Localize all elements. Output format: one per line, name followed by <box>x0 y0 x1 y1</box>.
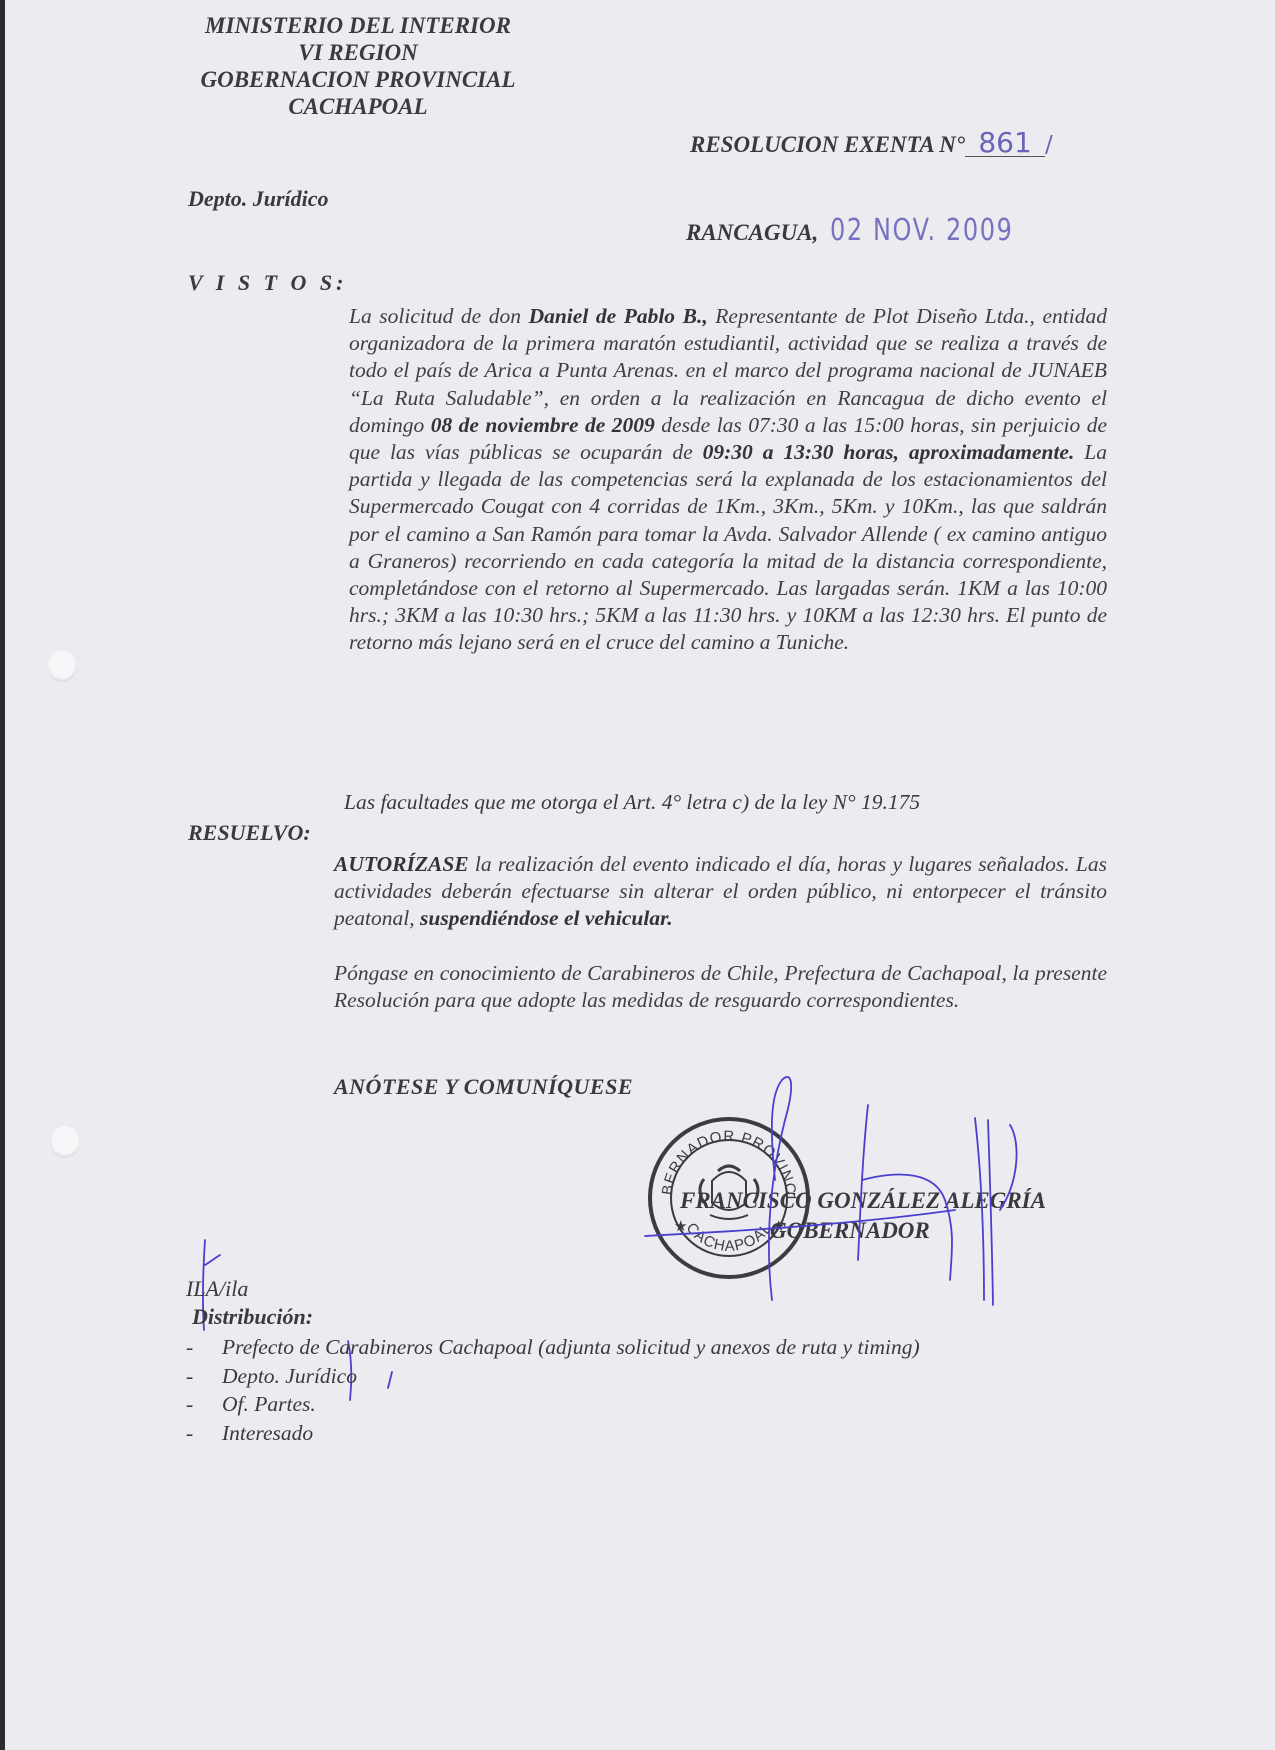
distribution-list: -Prefecto de Carabineros Cachapoal (adju… <box>186 1333 920 1447</box>
resolution-label: RESOLUCION EXENTA N° <box>690 132 965 157</box>
scan-edge <box>0 0 5 1750</box>
distribution-item: -Prefecto de Carabineros Cachapoal (adju… <box>186 1333 920 1362</box>
letterhead: MINISTERIO DEL INTERIOR VI REGION GOBERN… <box>188 12 528 120</box>
vistos-paragraph: La solicitud de don Daniel de Pablo B., … <box>349 303 1107 657</box>
letterhead-line: MINISTERIO DEL INTERIOR <box>188 12 528 39</box>
handwritten-number: 861 <box>965 130 1045 157</box>
letterhead-line: GOBERNACION PROVINCIAL <box>188 66 528 93</box>
legal-basis: Las facultades que me otorga el Art. 4° … <box>344 790 920 815</box>
city-label: RANCAGUA, <box>686 220 818 245</box>
initials: ILA/ila <box>186 1276 248 1302</box>
date-stamp: 02 NOV. 2009 <box>830 213 1013 248</box>
body-text: La solicitud de don <box>349 304 529 328</box>
resuelvo-label: RESUELVO: <box>188 820 311 846</box>
place-date: RANCAGUA,02 NOV. 2009 <box>686 213 1060 248</box>
emphasis-text: Daniel de Pablo B., <box>529 304 708 328</box>
closing-formula: ANÓTESE Y COMUNÍQUESE <box>334 1074 633 1100</box>
department-label: Depto. Jurídico <box>188 186 329 212</box>
distribution-item: -Of. Partes. <box>186 1390 920 1419</box>
letterhead-line: CACHAPOAL <box>188 93 528 120</box>
notification-paragraph: Póngase en conocimiento de Carabineros d… <box>334 960 1107 1014</box>
distribution-item: -Depto. Jurídico <box>186 1362 920 1391</box>
emphasis-text: 08 de noviembre de 2009 <box>431 413 655 437</box>
vistos-label: V I S T O S: <box>188 270 347 296</box>
number-suffix: / <box>1045 132 1053 158</box>
body-text: La partida y llegada de las competencias… <box>349 440 1107 654</box>
distribution-label: Distribución: <box>192 1304 313 1330</box>
authorization-paragraph: AUTORÍZASE la realización del evento ind… <box>334 851 1107 933</box>
emphasis-text: AUTORÍZASE <box>334 852 469 876</box>
emphasis-text: 09:30 a 13:30 horas, aproximadamente. <box>703 440 1075 464</box>
punch-hole <box>47 650 77 682</box>
resolution-number: RESOLUCION EXENTA N°861/ <box>690 130 1053 158</box>
signatory-name: FRANCISCO GONZÁLEZ ALEGRÍA <box>680 1188 1046 1214</box>
letterhead-line: VI REGION <box>188 39 528 66</box>
punch-hole <box>50 1126 80 1158</box>
distribution-item: -Interesado <box>186 1419 920 1448</box>
emphasis-text: suspendiéndose el vehicular. <box>420 906 673 930</box>
svg-text:★: ★ <box>674 1218 688 1235</box>
svg-text:CACHAPOAL: CACHAPOAL <box>683 1220 776 1255</box>
signatory-role: GOBERNADOR <box>770 1218 930 1244</box>
